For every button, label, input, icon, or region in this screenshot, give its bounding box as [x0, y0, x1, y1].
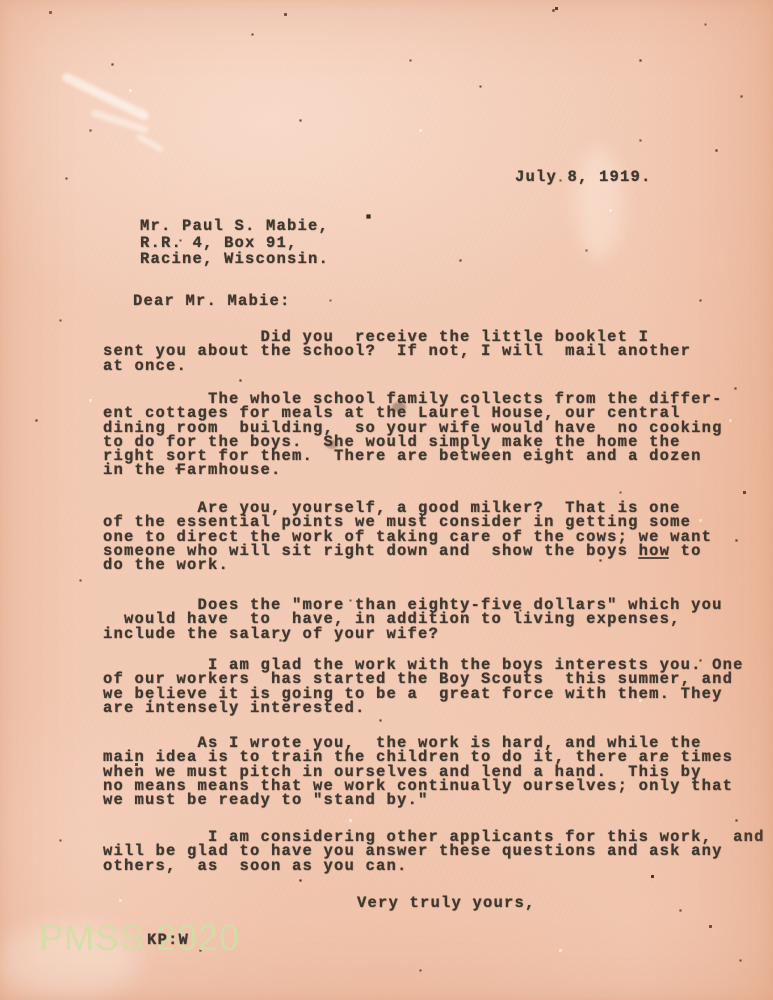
paragraph-4: Does the "more than eighty-five dollars"… — [103, 598, 723, 641]
closing: Very truly yours, — [357, 896, 536, 910]
recipient-address: Mr. Paul S. Mabie, R.R. 4, Box 91, Racin… — [140, 218, 329, 268]
underline-how-mark — [638, 557, 669, 559]
archive-watermark: PMSS 2020 — [39, 917, 240, 959]
letter-date: July 8, 1919. — [515, 170, 652, 184]
paragraph-2: The whole school family collects from th… — [103, 392, 723, 478]
paragraph-1: Did you receive the little booklet I sen… — [103, 330, 691, 373]
paragraph-3: Are you, yourself, a good milker? That i… — [103, 501, 712, 572]
salutation: Dear Mr. Mabie: — [133, 294, 291, 308]
paragraph-7: I am considering other applicants for th… — [103, 830, 765, 873]
paragraph-5: I am glad the work with the boys interes… — [103, 658, 744, 715]
light-patch — [575, 148, 623, 260]
paper-speckles-light — [0, 0, 1, 1]
letter-page: July 8, 1919. Mr. Paul S. Mabie, R.R. 4,… — [0, 0, 773, 1000]
paragraph-6: As I wrote you, the work is hard, and wh… — [103, 736, 733, 807]
scuff-mark — [136, 133, 165, 153]
typist-initials: KP:W — [147, 933, 189, 947]
